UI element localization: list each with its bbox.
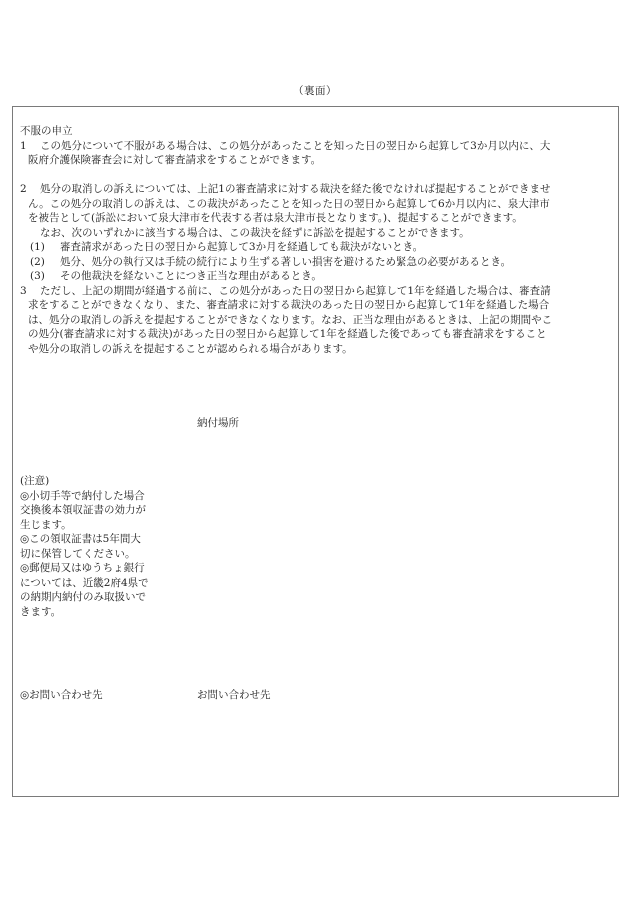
notes-section: (注意) ◎小切手等で納付した場合 交換後本領収証書の効力が 生じます。 ◎この… [20,474,170,619]
appeal-item-3-line-2: 求をすることができなくなり、また、審査請求に対する裁決のあった日の翌日から起算し… [20,298,610,313]
notes-line: ◎この領収証書は5年間大 [20,532,170,547]
contact-label-left: ◎お問い合わせ先 [20,688,103,703]
appeal-section: 不服の申立 1この処分について不服がある場合は、この処分があったことを知った日の… [20,124,610,356]
appeal-item-2-line-1: 2処分の取消しの訴えについては、上記1の審査請求に対する裁決を経た後でなければ提… [20,182,610,197]
page-side-label: （裏面） [0,84,630,99]
notes-line: ◎郵便局又はゆうちょ銀行 [20,561,170,576]
notes-line: については、近畿2府4県で [20,576,170,591]
appeal-item-3-line-4: の処分(審査請求に対する裁決)があった日の翌日から起算して1年を経過した後であっ… [20,327,610,342]
appeal-item-2-line-2: ん。この処分の取消しの訴えは、この裁決があったことを知った日の翌日から起算して6… [20,197,610,212]
item-number: 2 [20,182,34,197]
document-frame: 不服の申立 1この処分について不服がある場合は、この処分があったことを知った日の… [12,106,619,797]
appeal-subitem-3: (3)その他裁決を経ないことにつき正当な理由があるとき。 [20,269,610,284]
item-number: 3 [20,284,34,299]
appeal-item-1-line-2: 阪府介護保険審査会に対して審査請求をすることができます。 [20,153,610,168]
notes-line: 交換後本領収証書の効力が [20,503,170,518]
appeal-item-3-line-3: は、処分の取消しの訴えを提起することができなくなります。なお、正当な理由があると… [20,313,610,328]
notes-line: きます。 [20,605,170,620]
appeal-item-1-line-1: 1この処分について不服がある場合は、この処分があったことを知った日の翌日から起算… [20,139,610,154]
notes-line: 生じます。 [20,518,170,533]
appeal-subitem-1: (1)審査請求があった日の翌日から起算して3か月を経過しても裁決がないとき。 [20,240,610,255]
payment-place-label: 納付場所 [197,416,239,431]
appeal-item-3-line-5: や処分の取消しの訴えを提起することが認められる場合があります。 [20,342,610,357]
notes-line: 切に保管してください。 [20,547,170,562]
notes-line: の納期内納付のみ取扱いで [20,590,170,605]
appeal-heading: 不服の申立 [20,124,610,139]
appeal-item-2-note: なお、次のいずれかに該当する場合は、この裁決を経ずに訴訟を提起することができます… [20,226,610,241]
spacer [20,168,610,183]
appeal-item-2-line-3: を被告として(訴訟において泉大津市を代表する者は泉大津市長となります。)、提起す… [20,211,610,226]
item-number: 1 [20,139,34,154]
contact-label-right: お問い合わせ先 [197,688,271,703]
appeal-item-3-line-1: 3ただし、上記の期間が経過する前に、この処分があった日の翌日から起算して1年を経… [20,284,610,299]
notes-heading: (注意) [20,474,170,489]
notes-line: ◎小切手等で納付した場合 [20,489,170,504]
appeal-subitem-2: (2)処分、処分の執行又は手続の続行により生ずる著しい損害を避けるため緊急の必要… [20,255,610,270]
